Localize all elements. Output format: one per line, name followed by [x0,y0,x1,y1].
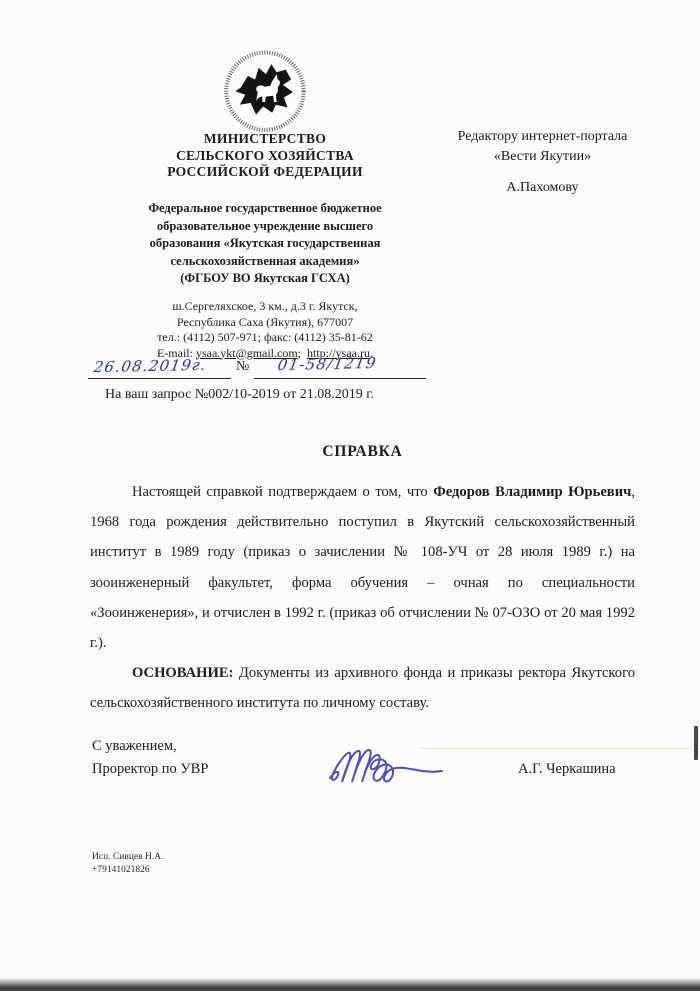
scan-artifact-edge [694,726,698,760]
number-rule [254,378,426,379]
addressee-block: Редактору интернет-портала «Вести Якутии… [400,127,685,166]
institution-line: образования «Якутская государственная [78,235,452,253]
body-paragraph: Настоящей справкой подтверждаем о том, ч… [90,477,635,658]
address-line: Республика Саха (Якутия), 677007 [85,315,445,331]
document-title: СПРАВКА [90,443,635,461]
ministry-line: СЕЛЬСКОГО ХОЗЯЙСТВА [85,148,445,165]
institution-line: образовательное учреждение высшего [78,218,452,236]
handwritten-signature [322,730,487,802]
address-line: тел.: (4112) 507-971; факс: (4112) 35-81… [85,330,445,346]
number-sign: № [236,359,249,375]
addressee-line: «Вести Якутии» [400,147,685,167]
address-block: ш.Сергеляхское, 3 км., д.3 г. Якутск, Ре… [85,299,445,361]
closing-line: С уважением, [92,735,208,758]
reference-line: На ваш запрос №002/10-2019 от 21.08.2019… [105,387,374,403]
ministry-heading: МИНИСТЕРСТВО СЕЛЬСКОГО ХОЗЯЙСТВА РОССИЙС… [85,131,445,181]
closing-block: С уважением, Проректор по УВР [92,735,208,780]
ministry-line: МИНИСТЕРСТВО [85,131,445,148]
handwritten-date: 26.08.2019г. [92,356,208,376]
executor-name: Исп. Сивцев Н.А. [92,851,163,864]
scan-bottom-edge [0,978,700,991]
institution-line: Федеральное государственное бюджетное [78,200,452,218]
executor-block: Исп. Сивцев Н.А. +79141021826 [92,851,163,877]
institution-line: сельскохозяйственная академия» [78,253,452,271]
handwritten-number: 01-58/1219 [276,354,378,374]
body-paragraph: ОСНОВАНИЕ: Документы из архивного фонда … [90,658,635,718]
ministry-line: РОССИЙСКОЙ ФЕДЕРАЦИИ [85,164,445,181]
institution-name: Федеральное государственное бюджетное об… [78,200,452,288]
academy-seal-icon [219,48,311,138]
address-line: ш.Сергеляхское, 3 км., д.3 г. Якутск, [85,299,445,315]
addressee-line: Редактору интернет-портала [400,127,685,147]
institution-line: (ФГБОУ ВО Якутская ГСХА) [78,270,452,288]
date-rule [88,378,231,379]
executor-phone: +79141021826 [92,864,163,877]
scanned-letter-page: МИНИСТЕРСТВО СЕЛЬСКОГО ХОЗЯЙСТВА РОССИЙС… [0,0,700,991]
signer-name: А.Г. Черкашина [518,761,616,778]
signer-position: Проректор по УВР [92,758,208,781]
document-body: Настоящей справкой подтверждаем о том, ч… [90,477,635,719]
addressee-name: А.Пахомову [400,180,685,196]
date-number-line: 26.08.2019г. № 01-58/1219 [88,356,433,384]
